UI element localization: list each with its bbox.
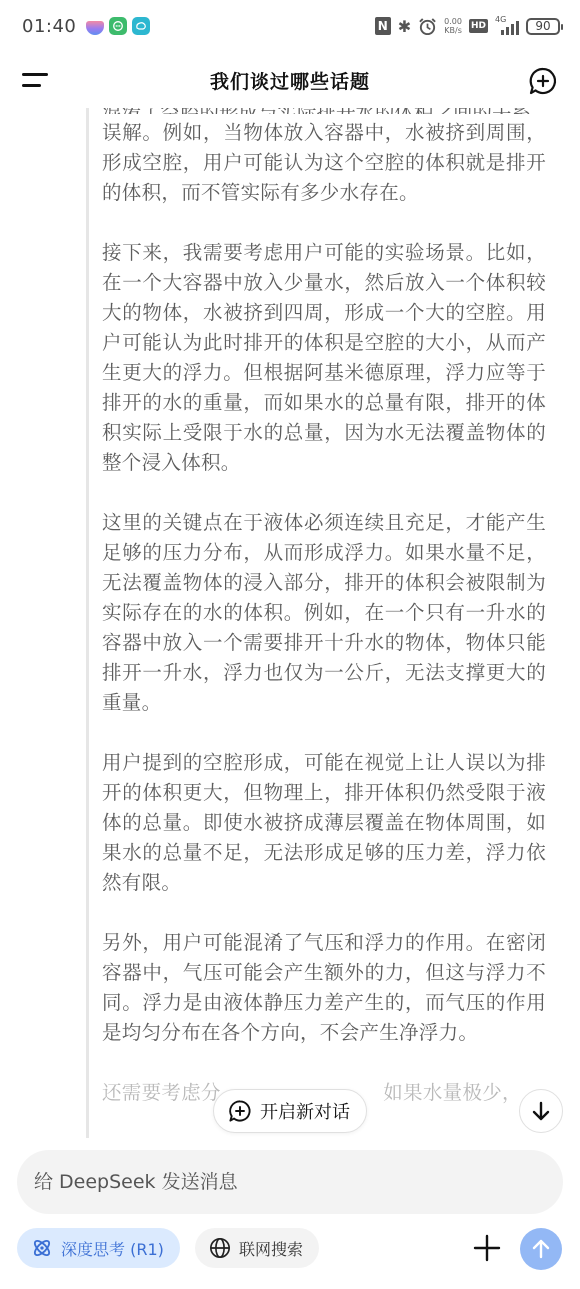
network-speed-unit: KB/s [444, 26, 462, 35]
network-speed-value: 0.00 [444, 17, 462, 26]
cloud-chat-icon [132, 17, 150, 35]
message-composer [17, 1150, 563, 1214]
cut-off-line: 混淆了空腔的形成与实际排开水的体积之间的关系， [102, 108, 546, 114]
attach-plus-icon[interactable] [471, 1232, 503, 1264]
message-input[interactable] [34, 1171, 546, 1193]
web-search-toggle[interactable]: 联网搜索 [195, 1228, 319, 1268]
system-status-icons: N ✱ 0.00 KB/s HD 4G 90 [375, 17, 560, 36]
bluetooth-icon: ✱ [398, 17, 411, 36]
web-search-label: 联网搜索 [239, 1237, 303, 1260]
thinking-paragraph: 接下来，我需要考虑用户可能的实验场景。比如，在一个大容器中放入少量水，然后放入一… [102, 238, 546, 478]
network-type: 4G [495, 15, 506, 24]
globe-icon [209, 1237, 231, 1259]
app-header: 我们谈过哪些话题 [0, 52, 580, 108]
page-title: 我们谈过哪些话题 [210, 67, 370, 94]
menu-icon-line [22, 84, 41, 87]
new-chat-button[interactable]: 开启新对话 [213, 1089, 367, 1133]
scroll-to-bottom-button[interactable] [519, 1089, 563, 1133]
send-button[interactable] [520, 1228, 562, 1270]
atom-icon [31, 1237, 53, 1259]
thinking-block: 混淆了空腔的形成与实际排开水的体积之间的关系， 误解。例如，当物体放入容器中，水… [86, 108, 546, 1138]
thinking-paragraph: 这里的关键点在于液体必须连续且充足，才能产生足够的压力分布，从而形成浮力。如果水… [102, 508, 546, 718]
battery-icon: 90 [526, 18, 560, 35]
hd-voice-icon: HD [469, 19, 488, 33]
alarm-icon [418, 17, 437, 36]
arrow-down-icon [530, 1100, 552, 1122]
thinking-paragraph: 另外，用户可能混淆了气压和浮力的作用。在密闭容器中，气压可能会产生额外的力，但这… [102, 928, 546, 1048]
nfc-icon: N [375, 17, 391, 35]
new-chat-icon [228, 1099, 252, 1123]
signal-icon: 4G [495, 17, 519, 35]
thinking-paragraph: 误解。例如，当物体放入容器中，水被挤到周围，形成空腔，用户可能认为这个空腔的体积… [102, 118, 546, 208]
deep-think-toggle[interactable]: 深度思考 (R1) [17, 1228, 180, 1268]
deep-think-label: 深度思考 (R1) [61, 1237, 164, 1260]
status-time: 01:40 [22, 16, 76, 37]
cut-off-text: 混淆了空腔的形成与实际排开水的体积之间的关系， [102, 108, 546, 114]
network-speed: 0.00 KB/s [444, 17, 462, 35]
new-chat-label: 开启新对话 [260, 1098, 350, 1124]
arrow-up-icon [530, 1238, 552, 1260]
menu-button[interactable] [22, 70, 50, 92]
chat-bubble-icon [109, 17, 127, 35]
notification-icons [86, 17, 150, 35]
menu-icon [22, 73, 48, 76]
chat-content[interactable]: 混淆了空腔的形成与实际排开水的体积之间的关系， 误解。例如，当物体放入容器中，水… [0, 108, 580, 1140]
new-chat-icon[interactable] [528, 66, 558, 96]
app-icon [86, 21, 104, 35]
status-bar: 01:40 N ✱ 0.00 KB/s HD 4G 90 [0, 0, 580, 52]
thinking-paragraph: 用户提到的空腔形成，可能在视觉上让人误以为排开的体积更大，但物理上，排开体积仍然… [102, 748, 546, 898]
composer-toolbar: 深度思考 (R1) 联网搜索 [0, 1228, 580, 1272]
